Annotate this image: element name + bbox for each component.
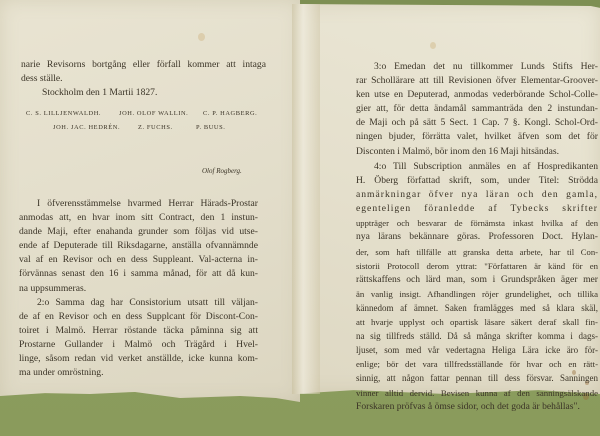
signatory: C. P. HAGBERG. <box>203 110 257 117</box>
signatory: Z. FUCHS. <box>138 124 173 131</box>
signatory: JOH. OLOF WALLIN. <box>119 110 188 117</box>
page-fold <box>292 4 320 394</box>
paragraph-4: 4:o Till Subscription anmäles en af Hosp… <box>356 160 598 414</box>
signatory: C. S. LILLJENWALDH. <box>26 110 101 117</box>
foxing-stain <box>198 33 205 41</box>
signatory: P. BUUS. <box>196 124 226 131</box>
signatory: JOH. JAC. HEDRÉN. <box>53 124 120 131</box>
foxing-stain <box>430 42 436 49</box>
paragraph-2: 2:o Samma dag har Consistorium utsatt ti… <box>19 296 258 381</box>
paragraph-1: I öfverensstämmelse hvarmed Herrar Härad… <box>19 197 258 296</box>
signatories: C. S. LILLJENWALDH. JOH. OLOF WALLIN. C.… <box>0 0 300 140</box>
countersignature: Olof Rogberg. <box>202 167 242 175</box>
paragraph-3: 3:o Emedan det nu tillkommer Lunds Stift… <box>356 60 598 159</box>
